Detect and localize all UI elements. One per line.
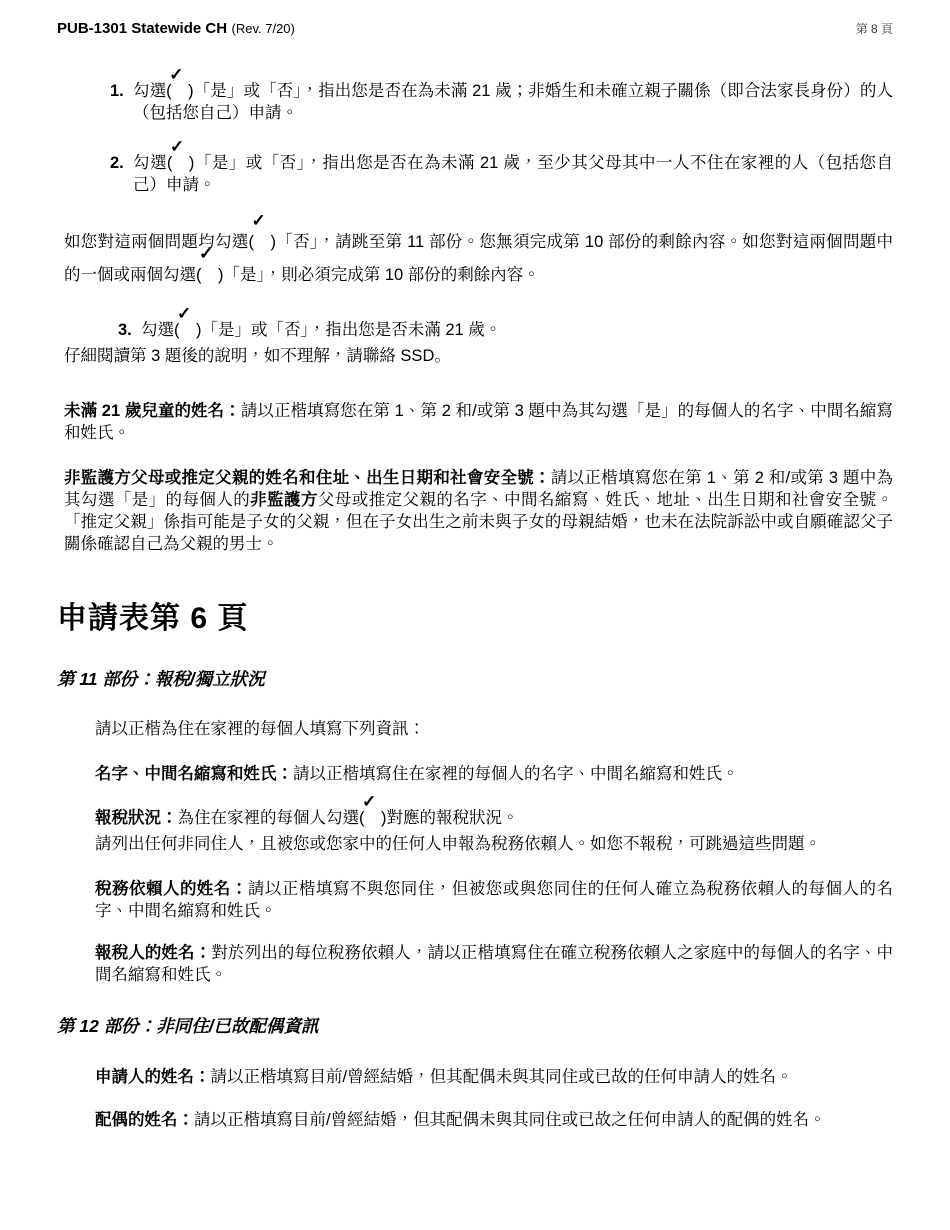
- para-tax-dependents: 稅務依賴人的姓名：請以正楷填寫不與您同住，但被您或與您同住的任何人確立為稅務依賴…: [95, 878, 893, 922]
- para-label: 報稅狀況：: [95, 809, 178, 827]
- item-text: 勾選✓( )「是」或「否」，指出您是否在為未滿 21 歲，至少其父母其中一人不住…: [133, 152, 893, 196]
- item-text-post: 「是」或「否」，指出您是否未滿 21 歲。: [202, 321, 502, 339]
- checkbox-parens: ✓( ): [249, 226, 277, 259]
- skip-instruction-paragraph: 如您對這兩個問題均勾選✓( )「否」，請跳至第 11 部份。您無須完成第 10 …: [64, 218, 893, 292]
- section11-heading: 第 11 部份：報稅/獨立狀況: [57, 666, 893, 691]
- check-icon: ✓: [252, 212, 266, 229]
- item-number: 3.: [118, 319, 141, 341]
- para-tax-filer: 報稅人的姓名：對於列出的每位稅務依賴人，請以正楷填寫住在確立稅務依賴人之家庭中的…: [95, 942, 893, 986]
- para-tax-status: 報稅狀況：為住在家裡的每個人勾選✓( )對應的報稅狀況。: [95, 794, 893, 829]
- para-text: 請以正楷填寫住在家裡的每個人的名字、中間名縮寫和姓氏。: [293, 765, 739, 783]
- para-minor-children-names: 未滿 21 歲兒童的姓名：請以正楷填寫您在第 1、第 2 和/或第 3 題中為其…: [64, 400, 893, 444]
- page-number: 第 8 頁: [856, 20, 893, 37]
- document-page: PUB-1301 Statewide CH (Rev. 7/20) 第 8 頁 …: [0, 0, 950, 1230]
- parens-glyph: ( ): [359, 809, 387, 827]
- check-icon: ✓: [199, 245, 213, 262]
- para-name-fields: 名字、中間名縮寫和姓氏：請以正楷填寫住在家裡的每個人的名字、中間名縮寫和姓氏。: [95, 763, 893, 785]
- doc-id: PUB-1301 Statewide CH: [57, 20, 227, 37]
- check-icon: ✓: [362, 793, 376, 810]
- para-label: 配偶的姓名：: [95, 1111, 194, 1129]
- para-text: 對於列出的每位稅務依賴人，請以正楷填寫住在確立稅務依賴人之家庭中的每個人的名字、…: [95, 944, 893, 984]
- item3-note: 仔細閱讀第 3 題後的說明，如不理解，請聯絡 SSD。: [64, 345, 893, 367]
- para-tax-status-note: 請列出任何非同住人，且被您或您家中的任何人申報為稅務依賴人。如您不報稅，可跳過這…: [95, 833, 893, 855]
- item-text-pre: 勾選: [133, 82, 166, 100]
- doc-identifier: PUB-1301 Statewide CH (Rev. 7/20): [57, 20, 295, 38]
- para-spouse-name: 配偶的姓名：請以正楷填寫目前/曾經結婚，但其配偶未與其同住或已故之任何申請人的配…: [95, 1109, 893, 1131]
- parens-glyph: ( ): [167, 154, 195, 172]
- para-label: 非監護方父母或推定父親的姓名和住址、出生日期和社會安全號：: [64, 469, 551, 487]
- page-header: PUB-1301 Statewide CH (Rev. 7/20) 第 8 頁: [57, 20, 893, 38]
- section12-body: 申請人的姓名：請以正楷填寫目前/曾經結婚，但其配偶未與其同住或已故的任何申請人的…: [95, 1066, 893, 1131]
- item-text-post: 「是」或「否」，指出您是否在為未滿 21 歲，至少其父母其中一人不住在家裡的人（…: [133, 154, 893, 194]
- para-label: 申請人的姓名：: [95, 1068, 211, 1086]
- para-text-post: 對應的報稅狀況。: [387, 809, 519, 827]
- checkbox-parens: ✓( ): [166, 80, 194, 102]
- para-text: 請以正楷填寫目前/曾經結婚，但其配偶未與其同住或已故之任何申請人的配偶的姓名。: [194, 1111, 826, 1129]
- para-bold-mid: 非監護方: [250, 491, 318, 509]
- instruction-item-1: 1. 勾選✓( )「是」或「否」，指出您是否在為未滿 21 歲；非婚生和未確立親…: [110, 67, 893, 124]
- checkbox-parens: ✓( ): [167, 152, 195, 174]
- item-text: 勾選✓( )「是」或「否」，指出您是否未滿 21 歲。: [141, 319, 893, 341]
- check-icon: ✓: [169, 66, 183, 83]
- item-number: 2.: [110, 152, 133, 196]
- checkbox-parens: ✓( ): [174, 319, 202, 341]
- item-text: 勾選✓( )「是」或「否」，指出您是否在為未滿 21 歲；非婚生和未確立親子關係…: [133, 80, 893, 124]
- check-icon: ✓: [170, 138, 184, 155]
- doc-revision: (Rev. 7/20): [232, 21, 295, 36]
- item-text-pre: 勾選: [141, 321, 174, 339]
- parens-glyph: ( ): [249, 233, 277, 251]
- para-label: 報稅人的姓名：: [95, 944, 211, 962]
- instruction-item-2: 2. 勾選✓( )「是」或「否」，指出您是否在為未滿 21 歲，至少其父母其中一…: [110, 139, 893, 196]
- para-label: 名字、中間名縮寫和姓氏：: [95, 765, 293, 783]
- page6-heading: 申請表第 6 頁: [57, 593, 893, 637]
- check-icon: ✓: [177, 305, 191, 322]
- section12-heading: 第 12 部份：非同住/已故配偶資訊: [57, 1013, 893, 1038]
- parens-glyph: ( ): [196, 266, 224, 284]
- item-text-post: 「是」或「否」，指出您是否在為未滿 21 歲；非婚生和未確立親子關係（即合法家長…: [133, 82, 893, 122]
- checkbox-parens: ✓( ): [196, 259, 224, 292]
- item-number: 1.: [110, 80, 133, 124]
- para-text: 請以正楷填寫目前/曾經結婚，但其配偶未與其同住或已故的任何申請人的姓名。: [211, 1068, 793, 1086]
- para-text-pre: 為住在家裡的每個人勾選: [178, 809, 360, 827]
- skip-seg1: 如您對這兩個問題均勾選: [64, 233, 249, 251]
- para-label: 未滿 21 歲兒童的姓名：: [64, 402, 241, 420]
- para-noncustodial-parent: 非監護方父母或推定父親的姓名和住址、出生日期和社會安全號：請以正楷填寫您在第 1…: [64, 467, 893, 555]
- parens-glyph: ( ): [166, 82, 194, 100]
- skip-seg3: 「是」，則必須完成第 10 部份的剩餘內容。: [224, 266, 540, 284]
- checkbox-parens: ✓( ): [359, 807, 387, 829]
- section11-body: 請以正楷為住在家裡的每個人填寫下列資訊： 名字、中間名縮寫和姓氏：請以正楷填寫住…: [95, 718, 893, 986]
- para-label: 稅務依賴人的姓名：: [95, 880, 248, 898]
- section11-intro: 請以正楷為住在家裡的每個人填寫下列資訊：: [95, 718, 893, 740]
- instruction-item-3: 3. 勾選✓( )「是」或「否」，指出您是否未滿 21 歲。: [118, 306, 893, 341]
- parens-glyph: ( ): [174, 321, 202, 339]
- para-applicant-name: 申請人的姓名：請以正楷填寫目前/曾經結婚，但其配偶未與其同住或已故的任何申請人的…: [95, 1066, 893, 1088]
- item-text-pre: 勾選: [133, 154, 167, 172]
